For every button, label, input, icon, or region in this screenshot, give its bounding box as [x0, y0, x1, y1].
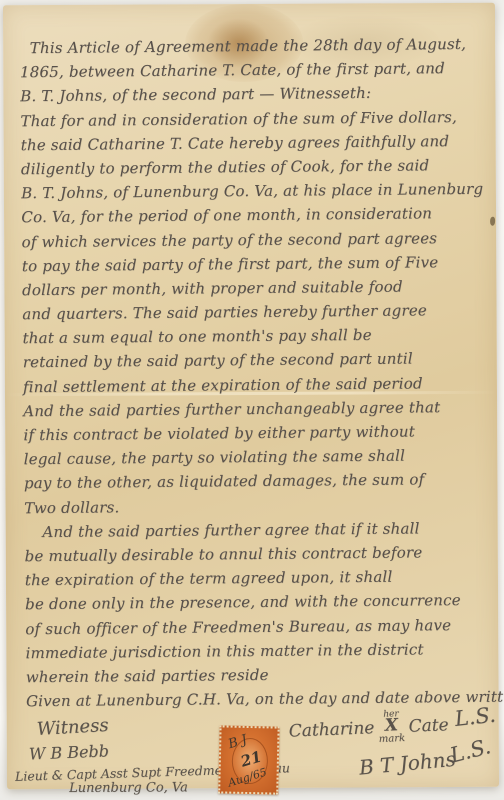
- mark-x-glyph: X: [385, 717, 399, 735]
- party2-signature: B T Johns: [358, 747, 457, 780]
- x-mark: her X mark: [378, 710, 406, 745]
- document-line: to pay the said party of the first part,…: [22, 249, 492, 278]
- document-line: 1865, between Catharine T. Cate, of the …: [20, 56, 490, 85]
- witness-label: Witness: [36, 715, 109, 740]
- document-line: and quarters. The said parties hereby fu…: [22, 298, 492, 327]
- document-line: of such officer of the Freedmen's Bureau…: [25, 612, 495, 641]
- party1-seal: L.S.: [453, 703, 496, 731]
- document-paper: This Article of Agreement made the 28th …: [3, 3, 499, 790]
- witness-signature: W B Bebb: [29, 741, 110, 763]
- revenue-stamp: B J 21 Aug/65: [218, 725, 279, 794]
- witness-location: Lunenburg Co, Va: [69, 780, 188, 796]
- photo-background: This Article of Agreement made the 28th …: [0, 0, 504, 800]
- party2-seal: L.S.: [448, 734, 494, 767]
- document-line: And the said parties further unchangeabl…: [23, 395, 493, 424]
- mark-word-mark: mark: [379, 734, 406, 745]
- party1-last-name: Cate: [408, 715, 449, 737]
- document-line: pay to the other, as liquidated damages,…: [24, 467, 494, 496]
- party1-signature: Catharine her X mark Cate: [288, 708, 449, 748]
- handwritten-body: This Article of Agreement made the 28th …: [20, 32, 496, 714]
- party1-first-name: Catharine: [288, 718, 374, 741]
